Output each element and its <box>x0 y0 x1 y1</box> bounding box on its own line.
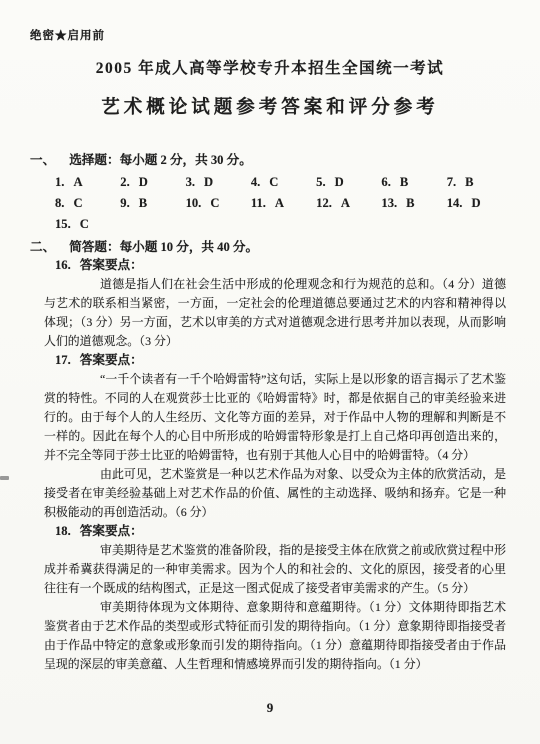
question-16-answer-paragraph: 道德是指人们在社会生活中形成的伦理观念和行为规范的总和。（4 分）道德与艺术的联… <box>44 275 506 351</box>
question-17-answer-paragraph-1: “一千个读者有一千个哈姆雷特”这句话，实际上是以形象的语言揭示了艺术鉴赏的特性。… <box>44 370 506 465</box>
question-18: 18.答案要点： 审美期待是艺术鉴赏的准备阶段，指的是接受主体在欣赏之前或欣赏过… <box>0 522 540 674</box>
question-18-label: 18.答案要点： <box>55 522 540 541</box>
question-16: 16.答案要点： 道德是指人们在社会生活中形成的伦理观念和行为规范的总和。（4 … <box>0 256 540 351</box>
section-short-answer-title: 简答题：每小题 10 分，共 40 分。 <box>69 240 258 254</box>
document-page: 绝密★启用前 2005 年成人高等学校专升本招生全国统一考试 艺术概论试题参考答… <box>0 0 540 744</box>
page-number: 9 <box>0 700 540 716</box>
classification-banner: 绝密★启用前 <box>30 30 540 43</box>
section-short-answer-heading: 二、简答题：每小题 10 分，共 40 分。 <box>30 238 512 256</box>
choice-answer-2: 2.D <box>120 172 185 193</box>
choice-answer-1: 1.A <box>55 172 120 193</box>
choice-answer-15: 15.C <box>55 214 120 235</box>
question-18-answer-paragraph-1: 审美期待是艺术鉴赏的准备阶段，指的是接受主体在欣赏之前或欣赏过程中形成并希冀获得… <box>44 541 506 598</box>
question-17-label: 17.答案要点： <box>55 351 540 370</box>
choice-answer-3: 3.D <box>186 172 251 193</box>
section-choice-heading: 一、选择题：每小题 2 分，共 30 分。 <box>30 151 512 169</box>
exam-title: 2005 年成人高等学校专升本招生全国统一考试 <box>0 58 540 79</box>
scan-artifact <box>0 476 9 480</box>
choice-answer-4: 4.C <box>251 172 316 193</box>
choice-answer-12: 12.A <box>316 193 381 214</box>
choice-answer-6: 6.B <box>381 172 446 193</box>
choice-answer-5: 5.D <box>316 172 381 193</box>
section-choice-title: 选择题：每小题 2 分，共 30 分。 <box>69 153 252 167</box>
question-17: 17.答案要点： “一千个读者有一千个哈姆雷特”这句话，实际上是以形象的语言揭示… <box>0 351 540 522</box>
choice-answer-14: 14.D <box>447 193 512 214</box>
choice-answer-7: 7.B <box>447 172 512 193</box>
choice-answer-11: 11.A <box>251 193 316 214</box>
choice-answers-grid: 1.A 2.D 3.D 4.C 5.D 6.B 7.B 8.C 9.B 10.C… <box>55 172 512 235</box>
section-short-answer-number: 二、 <box>30 240 55 254</box>
choice-answer-10: 10.C <box>186 193 251 214</box>
answer-key-title: 艺术概论试题参考答案和评分参考 <box>0 96 540 121</box>
choice-answer-9: 9.B <box>120 193 185 214</box>
choice-answer-13: 13.B <box>381 193 446 214</box>
question-18-answer-paragraph-2: 审美期待体现为文体期待、意象期待和意蕴期待。（1 分）文体期待即指艺术鉴赏者由于… <box>44 598 506 674</box>
section-choice-number: 一、 <box>30 153 55 167</box>
question-16-label: 16.答案要点： <box>55 256 540 275</box>
choice-answer-8: 8.C <box>55 193 120 214</box>
question-17-answer-paragraph-2: 由此可见，艺术鉴赏是一种以艺术作品为对象、以受众为主体的欣赏活动，是接受者在审美… <box>44 465 506 522</box>
